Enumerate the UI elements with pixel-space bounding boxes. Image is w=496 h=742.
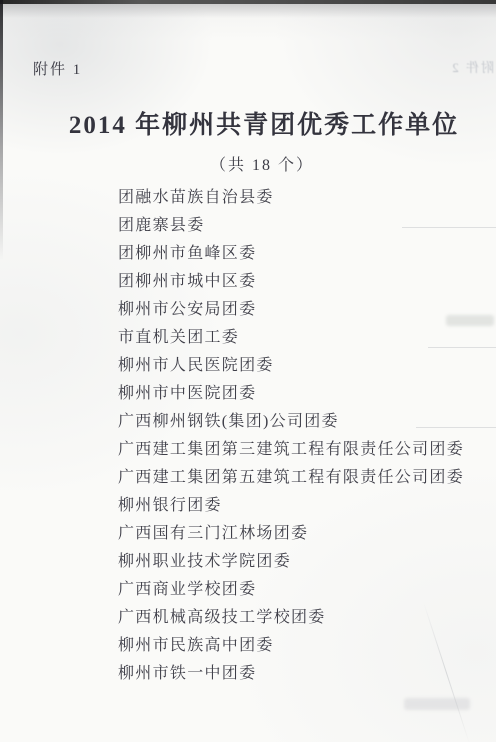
- bleedthrough-mirrored-text: 附件 2: [434, 57, 494, 76]
- bleedthrough-line: [402, 227, 496, 228]
- unit-item: 广西建工集团第五建筑工程有限责任公司团委: [118, 464, 464, 492]
- unit-item: 团柳州市城中区委: [118, 268, 464, 296]
- attachment-label: 附件 1: [33, 58, 82, 79]
- scanner-top-shadow: [0, 4, 496, 18]
- unit-item: 柳州市铁一中团委: [118, 660, 464, 688]
- unit-item: 柳州职业技术学院团委: [118, 548, 464, 576]
- unit-item: 柳州市人民医院团委: [118, 352, 464, 380]
- unit-item: 团鹿寨县委: [118, 212, 464, 240]
- unit-list: 团融水苗族自治县委团鹿寨县委团柳州市鱼峰区委团柳州市城中区委柳州市公安局团委市直…: [118, 184, 464, 688]
- bleedthrough-smudge: [404, 698, 470, 710]
- bleedthrough-line: [428, 347, 496, 348]
- scanned-document-page: 附件 1 2014 年柳州共青团优秀工作单位 （共 18 个） 团融水苗族自治县…: [0, 0, 496, 742]
- bleedthrough-smudge: [446, 315, 494, 326]
- unit-item: 广西国有三门江林场团委: [118, 520, 464, 548]
- document-title: 2014 年柳州共青团优秀工作单位: [16, 105, 496, 141]
- unit-item: 团柳州市鱼峰区委: [118, 240, 464, 268]
- unit-item: 广西商业学校团委: [118, 576, 464, 604]
- unit-item: 市直机关团工委: [118, 324, 464, 352]
- unit-item: 广西机械高级技工学校团委: [118, 604, 464, 632]
- bleedthrough-line: [416, 427, 496, 428]
- unit-item: 柳州市中医院团委: [118, 380, 464, 408]
- unit-item: 柳州市民族高中团委: [118, 632, 464, 660]
- unit-item: 柳州银行团委: [118, 492, 464, 520]
- count-note: （共 18 个）: [14, 152, 496, 175]
- unit-item: 广西柳州钢铁(集团)公司团委: [118, 408, 464, 436]
- unit-item: 广西建工集团第三建筑工程有限责任公司团委: [118, 436, 464, 464]
- unit-item: 团融水苗族自治县委: [118, 184, 464, 212]
- unit-item: 柳州市公安局团委: [118, 296, 464, 324]
- scanner-left-edge: [0, 0, 3, 260]
